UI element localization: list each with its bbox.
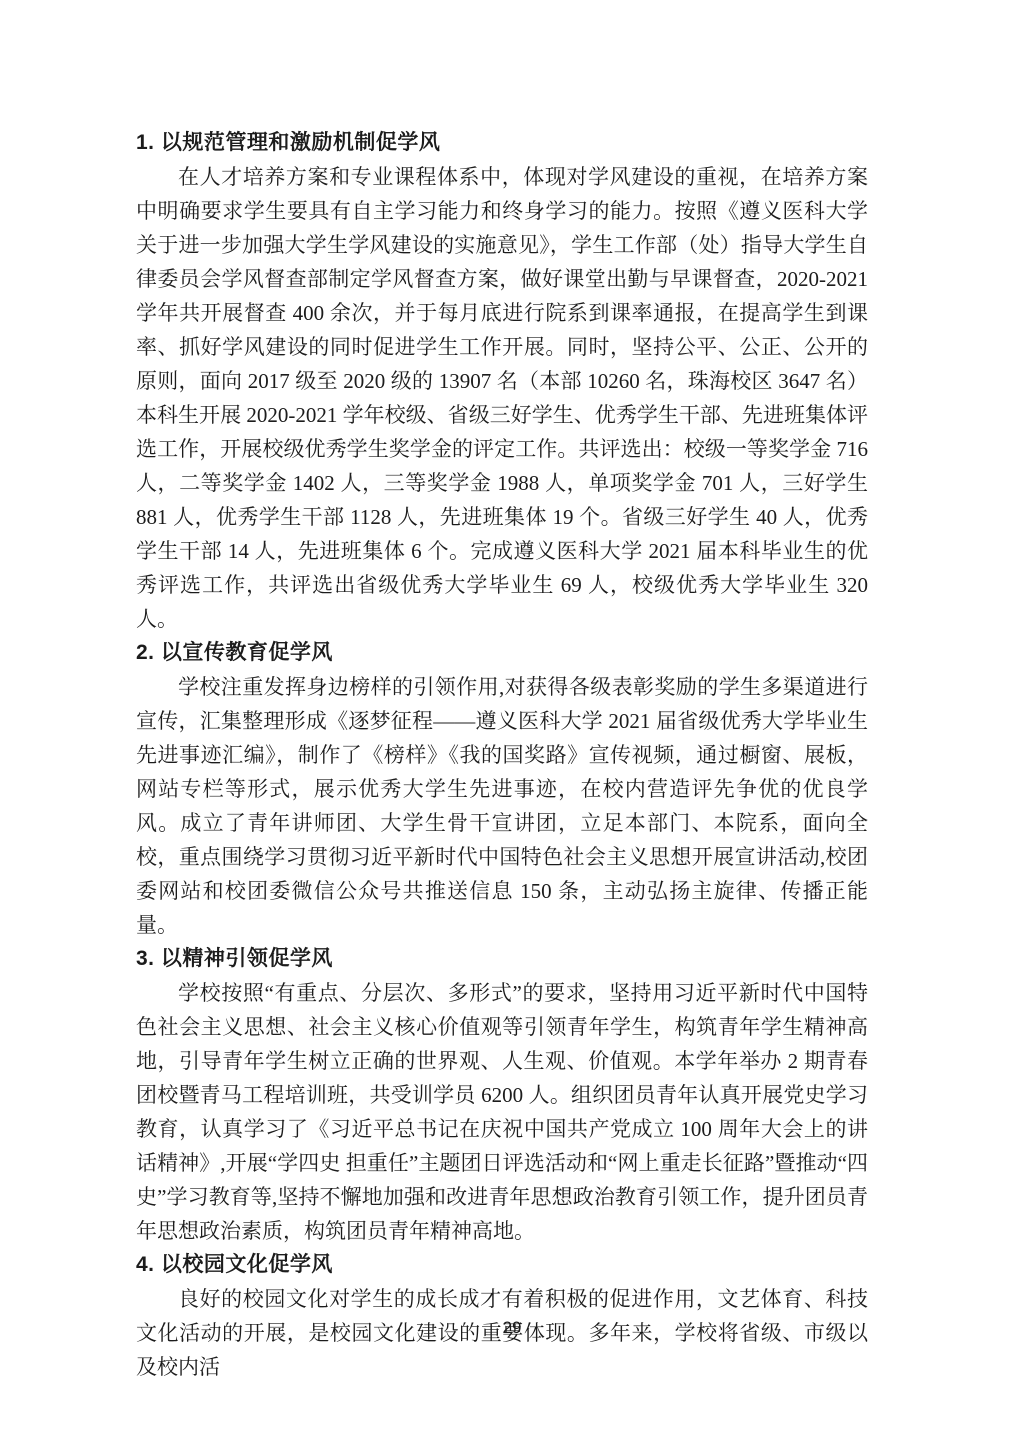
section-2-paragraph: 学校注重发挥身边榜样的引领作用,对获得各级表彰奖励的学生多渠道进行宣传，汇集整理… [136, 670, 868, 942]
section-3-heading: 3. 以精神引领促学风 [136, 942, 868, 976]
section-2: 2. 以宣传教育促学风 学校注重发挥身边榜样的引领作用,对获得各级表彰奖励的学生… [136, 636, 868, 942]
section-3: 3. 以精神引领促学风 学校按照“有重点、分层次、多形式”的要求，坚持用习近平新… [136, 942, 868, 1248]
document-page: 1. 以规范管理和激励机制促学风 在人才培养方案和专业课程体系中，体现对学风建设… [0, 0, 1024, 1448]
section-4: 4. 以校园文化促学风 良好的校园文化对学生的成长成才有着积极的促进作用，文艺体… [136, 1248, 868, 1384]
section-1: 1. 以规范管理和激励机制促学风 在人才培养方案和专业课程体系中，体现对学风建设… [136, 126, 868, 636]
page-number: 29 [0, 1318, 1024, 1338]
section-2-heading: 2. 以宣传教育促学风 [136, 636, 868, 670]
section-4-heading: 4. 以校园文化促学风 [136, 1248, 868, 1282]
page-content: 1. 以规范管理和激励机制促学风 在人才培养方案和专业课程体系中，体现对学风建设… [136, 126, 868, 1384]
section-1-heading: 1. 以规范管理和激励机制促学风 [136, 126, 868, 160]
section-3-paragraph: 学校按照“有重点、分层次、多形式”的要求，坚持用习近平新时代中国特色社会主义思想… [136, 976, 868, 1248]
section-1-paragraph: 在人才培养方案和专业课程体系中，体现对学风建设的重视，在培养方案中明确要求学生要… [136, 160, 868, 636]
